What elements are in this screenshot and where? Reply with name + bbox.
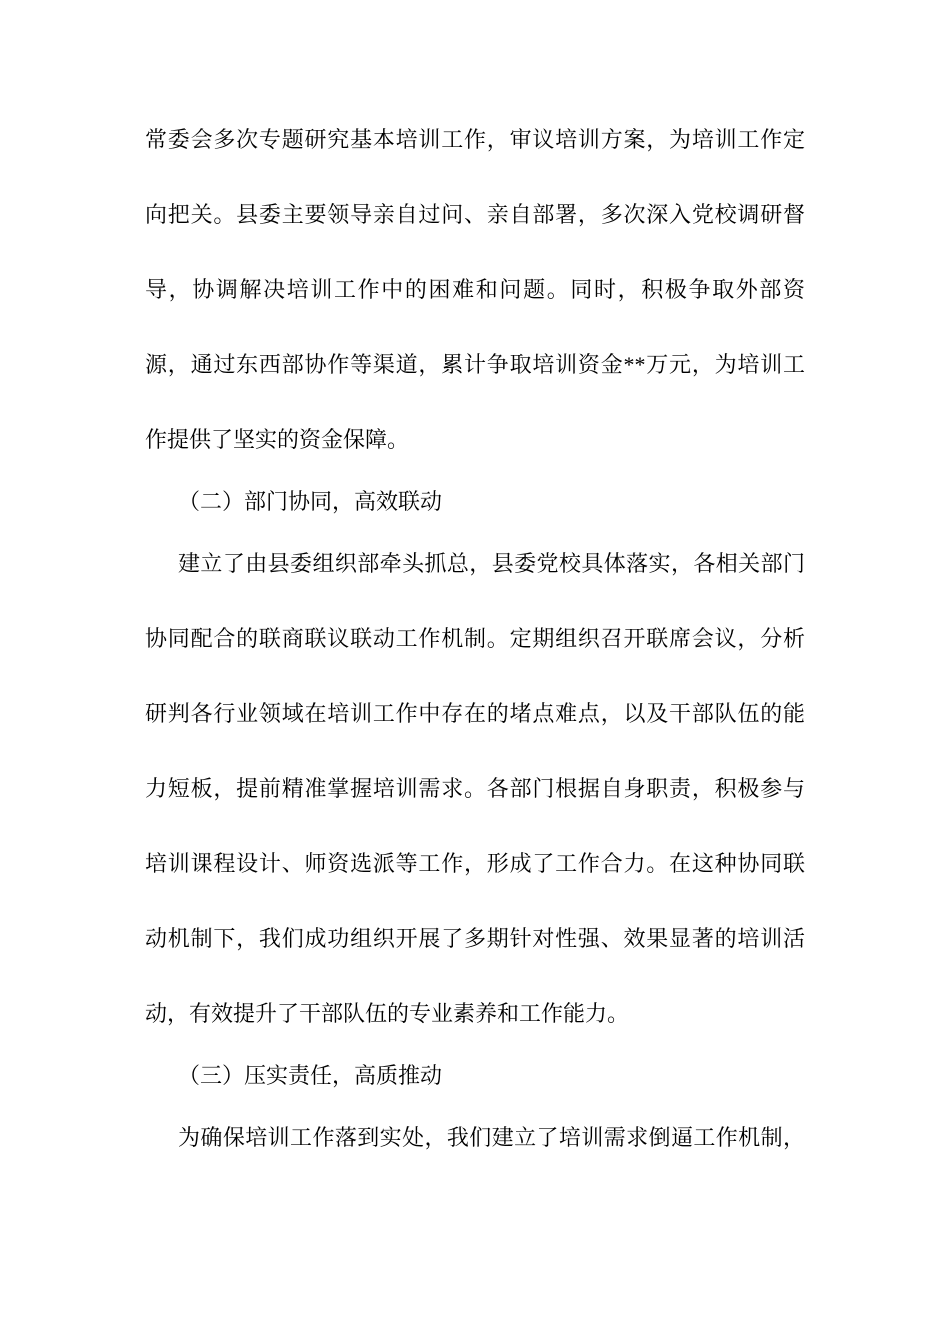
text-line: 为确保培训工作落到实处，我们建立了培训需求倒逼工作机制，: [145, 1100, 805, 1175]
text-line: 动机制下，我们成功组织开展了多期针对性强、效果显著的培训活: [145, 901, 805, 976]
text-line: 力短板，提前精准掌握培训需求。各部门根据自身职责，积极参与: [145, 751, 805, 826]
text-line: 源，通过东西部协作等渠道，累计争取培训资金**万元，为培训工: [145, 327, 805, 402]
document-body: 常委会多次专题研究基本培训工作，审议培训方案，为培训工作定向把关。县委主要领导亲…: [145, 102, 805, 1175]
text-line: 动，有效提升了干部队伍的专业素养和工作能力。: [145, 976, 805, 1051]
text-line: 导，协调解决培训工作中的困难和问题。同时，积极争取外部资: [145, 252, 805, 327]
document-page: 常委会多次专题研究基本培训工作，审议培训方案，为培训工作定向把关。县委主要领导亲…: [0, 0, 950, 1344]
section-heading: （三）压实责任，高质推动: [145, 1051, 805, 1100]
text-line: 研判各行业领域在培训工作中存在的堵点难点，以及干部队伍的能: [145, 676, 805, 751]
text-line: 作提供了坚实的资金保障。: [145, 402, 805, 477]
text-line: 协同配合的联商联议联动工作机制。定期组织召开联席会议，分析: [145, 601, 805, 676]
text-line: 常委会多次专题研究基本培训工作，审议培训方案，为培训工作定: [145, 102, 805, 177]
text-line: 培训课程设计、师资选派等工作，形成了工作合力。在这种协同联: [145, 826, 805, 901]
text-line: 向把关。县委主要领导亲自过问、亲自部署，多次深入党校调研督: [145, 177, 805, 252]
text-line: 建立了由县委组织部牵头抓总，县委党校具体落实，各相关部门: [145, 526, 805, 601]
section-heading: （二）部门协同，高效联动: [145, 477, 805, 526]
